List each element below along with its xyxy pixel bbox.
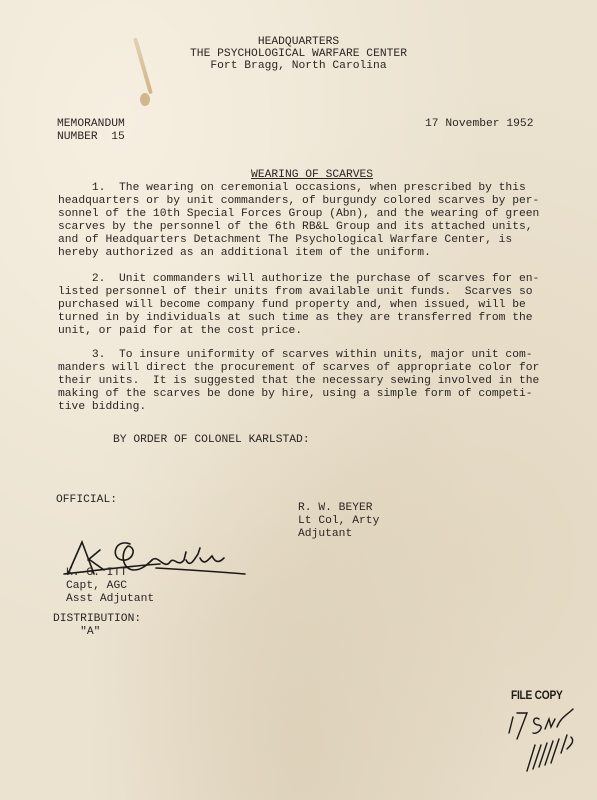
distribution: DISTRIBUTION: "A" <box>53 613 141 639</box>
by-order-line: BY ORDER OF COLONEL KARLSTAD: <box>113 434 310 447</box>
handwritten-note <box>505 705 590 775</box>
paragraph-line: purchased will become company fund prope… <box>58 299 558 312</box>
paper-stain-drop <box>140 93 150 106</box>
header-location: Fort Bragg, North Carolina <box>0 60 597 73</box>
paragraph-line: 1. The wearing on ceremonial occasions, … <box>58 182 558 195</box>
paragraph-line: 3. To insure uniformity of scarves withi… <box>58 349 558 362</box>
paragraph-line: making of the scarves be done by hire, u… <box>58 388 558 401</box>
file-copy-stamp: FILE COPY <box>511 689 563 702</box>
official-label: OFFICIAL: <box>56 494 117 507</box>
paragraph-line: unit, or paid for at the cost price. <box>58 325 558 338</box>
memo-date: 17 November 1952 <box>425 118 533 131</box>
adjutant-signature-block: R. W. BEYER Lt Col, Arty Adjutant <box>298 502 379 541</box>
paragraph-line: listed personnel of their units from ava… <box>58 286 558 299</box>
paragraph-3: 3. To insure uniformity of scarves withi… <box>58 349 558 414</box>
paragraph-line: hereby authorized as an additional item … <box>58 247 558 260</box>
paragraph-line: sonnel of the 10th Special Forces Group … <box>58 208 558 221</box>
paragraph-line: headquarters or by unit commanders, of b… <box>58 195 558 208</box>
paragraph-line: turned in by individuals at such time as… <box>58 312 558 325</box>
asst-adjutant-signature-block: K. G. ITT Capt, AGC Asst Adjutant <box>66 567 154 606</box>
paragraph-line: 2. Unit commanders will authorize the pu… <box>58 273 558 286</box>
paragraph-line: tive bidding. <box>58 401 558 414</box>
paragraph-line: manders will direct the procurement of s… <box>58 362 558 375</box>
paragraph-1: 1. The wearing on ceremonial occasions, … <box>58 182 558 260</box>
paragraph-2: 2. Unit commanders will authorize the pu… <box>58 273 558 338</box>
memorandum-page: HEADQUARTERS THE PSYCHOLOGICAL WARFARE C… <box>0 0 597 800</box>
memo-number: MEMORANDUM NUMBER 15 <box>57 118 125 144</box>
paragraph-line: scarves by the personnel of the 6th RB&L… <box>58 221 558 234</box>
memo-subject-text: WEARING OF SCARVES <box>251 169 373 181</box>
paragraph-line: and of Headquarters Detachment The Psych… <box>58 234 558 247</box>
paragraph-line: their units. It is suggested that the ne… <box>58 375 558 388</box>
